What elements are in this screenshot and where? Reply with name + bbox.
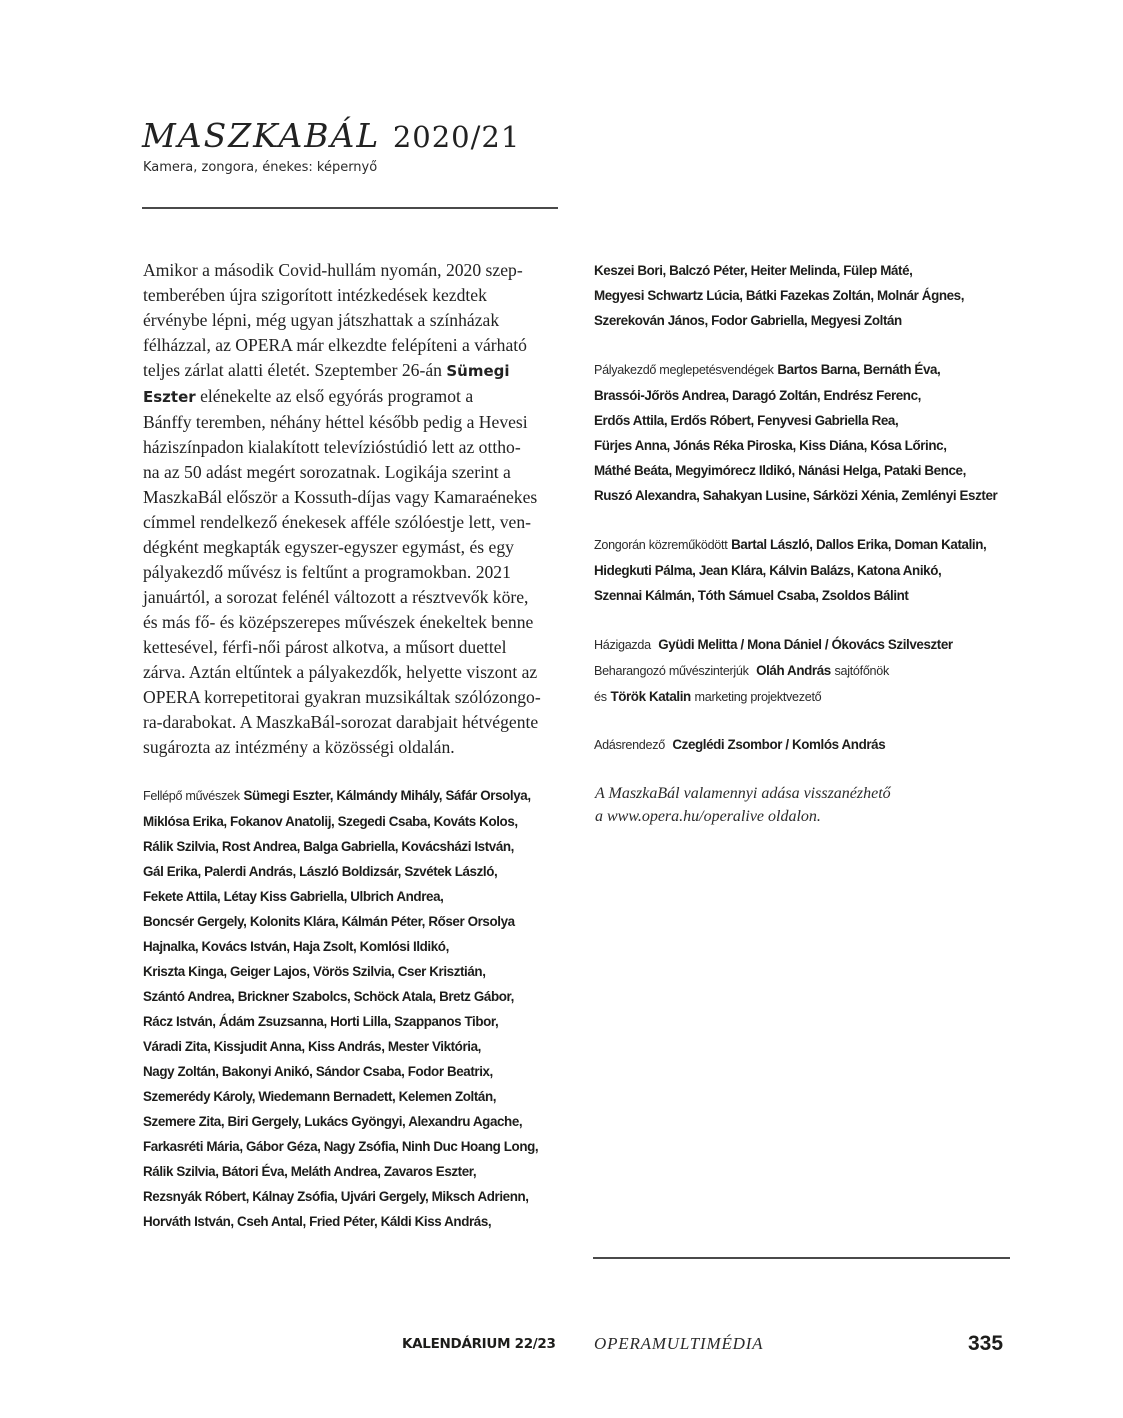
- credit-line: Fekete Attila, Létay Kiss Gabriella, Ulb…: [143, 884, 563, 909]
- note-line: a www.opera.hu/operalive oldalon.: [595, 805, 891, 828]
- page-footer: KALENDÁRIUM 22/23 OPERAMULTIMÉDIA 335: [0, 1334, 1123, 1364]
- article-line: zárva. Aztán eltűntek a pályakezdők, hel…: [143, 660, 563, 685]
- article-line: temberében újra szigorított intézkedések…: [143, 283, 563, 308]
- highlight-name: Eszter: [143, 388, 196, 406]
- performers-credits: Fellépő művészek Sümegi Eszter, Kálmándy…: [143, 783, 563, 1234]
- surprise-guests-credits: Pályakezdő meglepetésvendégek Bartos Bar…: [594, 357, 1024, 508]
- page-title: MASZKABÁL 2020/21: [142, 116, 520, 155]
- credit-line: Szemere Zita, Biri Gergely, Lukács Gyöng…: [143, 1109, 563, 1134]
- credit-line-host: Házigazda Gyüdi Melitta / Mona Dániel / …: [594, 632, 1024, 658]
- footer-divider: [593, 1257, 1010, 1259]
- article-line: na az 50 adást megért sorozatnak. Logiká…: [143, 460, 563, 485]
- credit-line: Gál Erika, Palerdi András, László Boldiz…: [143, 859, 563, 884]
- article-line: OPERA korrepetitorai gyakran muzsikáltak…: [143, 685, 563, 710]
- credit-line: Szemerédy Károly, Wiedemann Bernadett, K…: [143, 1084, 563, 1109]
- article-line: félházzal, az OPERA már elkezdte felépít…: [143, 333, 563, 358]
- credit-line: Rálik Szilvia, Bátori Éva, Meláth Andrea…: [143, 1159, 563, 1184]
- credit-line: Szerekován János, Fodor Gabriella, Megye…: [594, 308, 1024, 333]
- credit-line: Megyesi Schwartz Lúcia, Bátki Fazekas Zo…: [594, 283, 1024, 308]
- article-line: címmel rendelkező énekesek afféle szólóe…: [143, 510, 563, 535]
- credit-line-interviews: és Török Katalin marketing projektvezető: [594, 684, 1024, 710]
- article-line: januártól, a sorozat felénél változott a…: [143, 585, 563, 610]
- title-main: MASZKABÁL: [142, 116, 380, 155]
- article-line: teljes zárlat alatti életét. Szeptember …: [143, 358, 563, 384]
- article-line: sugározta az intézmény a közösségi oldal…: [143, 735, 563, 760]
- credit-label: Zongorán közreműködött: [594, 538, 727, 552]
- credit-line: Keszei Bori, Balczó Péter, Heiter Melind…: [594, 258, 1024, 283]
- article-line: dégként megkapták egyszer-egyszer egymás…: [143, 535, 563, 560]
- credit-line: Brassói-Jőrös Andrea, Daragó Zoltán, End…: [594, 383, 1024, 408]
- credit-line: Farkasréti Mária, Gábor Géza, Nagy Zsófi…: [143, 1134, 563, 1159]
- piano-credits: Zongorán közreműködött Bartal László, Da…: [594, 532, 1024, 608]
- credit-label: Adásrendező: [594, 738, 665, 752]
- article-line: érvénybe lépni, még ugyan játszhattak a …: [143, 308, 563, 333]
- credit-label: Pályakezdő meglepetésvendégek: [594, 363, 774, 377]
- page-subtitle: Kamera, zongora, énekes: képernyő: [143, 160, 377, 175]
- performers-credits-continued: Keszei Bori, Balczó Péter, Heiter Melind…: [594, 258, 1024, 333]
- article-line: ra-darabokat. A MaszkaBál-sorozat darabj…: [143, 710, 563, 735]
- section-name: OPERAMULTIMÉDIA: [594, 1334, 763, 1354]
- credit-line-director: Adásrendező Czeglédi Zsombor / Komlós An…: [594, 732, 1024, 758]
- credit-line-interviews: Beharangozó művészinterjúk Oláh András s…: [594, 658, 1024, 684]
- credit-line: Rezsnyák Róbert, Kálnay Zsófia, Ujvári G…: [143, 1184, 563, 1209]
- credit-line: Szennai Kálmán, Tóth Sámuel Csaba, Zsold…: [594, 583, 1024, 608]
- credit-line: Váradi Zita, Kissjudit Anna, Kiss András…: [143, 1034, 563, 1059]
- director-credits: Adásrendező Czeglédi Zsombor / Komlós An…: [594, 732, 1024, 758]
- credit-line: Fellépő művészek Sümegi Eszter, Kálmándy…: [143, 783, 563, 809]
- credit-line: Miklósa Erika, Fokanov Anatolij, Szegedi…: [143, 809, 563, 834]
- rewatch-note: A MaszkaBál valamennyi adása visszanézhe…: [595, 782, 891, 828]
- host-and-interview-credits: Házigazda Gyüdi Melitta / Mona Dániel / …: [594, 632, 1024, 710]
- credit-line: Rálik Szilvia, Rost Andrea, Balga Gabrie…: [143, 834, 563, 859]
- credit-line: Fürjes Anna, Jónás Réka Piroska, Kiss Di…: [594, 433, 1024, 458]
- credit-line: Hidegkuti Pálma, Jean Klára, Kálvin Balá…: [594, 558, 1024, 583]
- credit-line: Rácz István, Ádám Zsuzsanna, Horti Lilla…: [143, 1009, 563, 1034]
- title-year: 2020/21: [393, 120, 520, 154]
- credit-label: Fellépő művészek: [143, 789, 240, 803]
- article-body: Amikor a második Covid-hullám nyomán, 20…: [143, 258, 563, 760]
- credit-line: Hajnalka, Kovács István, Haja Zsolt, Kom…: [143, 934, 563, 959]
- note-line: A MaszkaBál valamennyi adása visszanézhe…: [595, 782, 891, 805]
- credit-line: Ruszó Alexandra, Sahakyan Lusine, Sárköz…: [594, 483, 1024, 508]
- page-number: 335: [968, 1332, 1003, 1356]
- credit-line: Boncsér Gergely, Kolonits Klára, Kálmán …: [143, 909, 563, 934]
- credit-line: Máthé Beáta, Megyimórecz Ildikó, Nánási …: [594, 458, 1024, 483]
- header-divider: [142, 207, 558, 209]
- article-line: háziszínpadon kialakított televízióstúdi…: [143, 435, 563, 460]
- article-line: Eszter elénekelte az első egyórás progra…: [143, 384, 563, 410]
- publication-name: KALENDÁRIUM 22/23: [402, 1336, 556, 1352]
- credit-line: Horváth István, Cseh Antal, Fried Péter,…: [143, 1209, 563, 1234]
- article-line: kettesével, férfi-női párost alkotva, a …: [143, 635, 563, 660]
- article-line: MaszkaBál először a Kossuth-díjas vagy K…: [143, 485, 563, 510]
- article-line: Amikor a második Covid-hullám nyomán, 20…: [143, 258, 563, 283]
- credit-line: Pályakezdő meglepetésvendégek Bartos Bar…: [594, 357, 1024, 383]
- credit-line: Szántó Andrea, Brickner Szabolcs, Schöck…: [143, 984, 563, 1009]
- credit-label: Beharangozó művészinterjúk: [594, 664, 749, 678]
- credit-line: Erdős Attila, Erdős Róbert, Fenyvesi Gab…: [594, 408, 1024, 433]
- credit-label: Házigazda: [594, 638, 651, 652]
- credit-line: Kriszta Kinga, Geiger Lajos, Vörös Szilv…: [143, 959, 563, 984]
- highlight-name: Sümegi: [446, 362, 509, 380]
- article-line: Bánffy teremben, néhány héttel később pe…: [143, 410, 563, 435]
- article-line: és más fő- és középszerepes művészek éne…: [143, 610, 563, 635]
- credit-line: Nagy Zoltán, Bakonyi Anikó, Sándor Csaba…: [143, 1059, 563, 1084]
- article-line: pályakezdő művész is feltűnt a programok…: [143, 560, 563, 585]
- credit-line: Zongorán közreműködött Bartal László, Da…: [594, 532, 1024, 558]
